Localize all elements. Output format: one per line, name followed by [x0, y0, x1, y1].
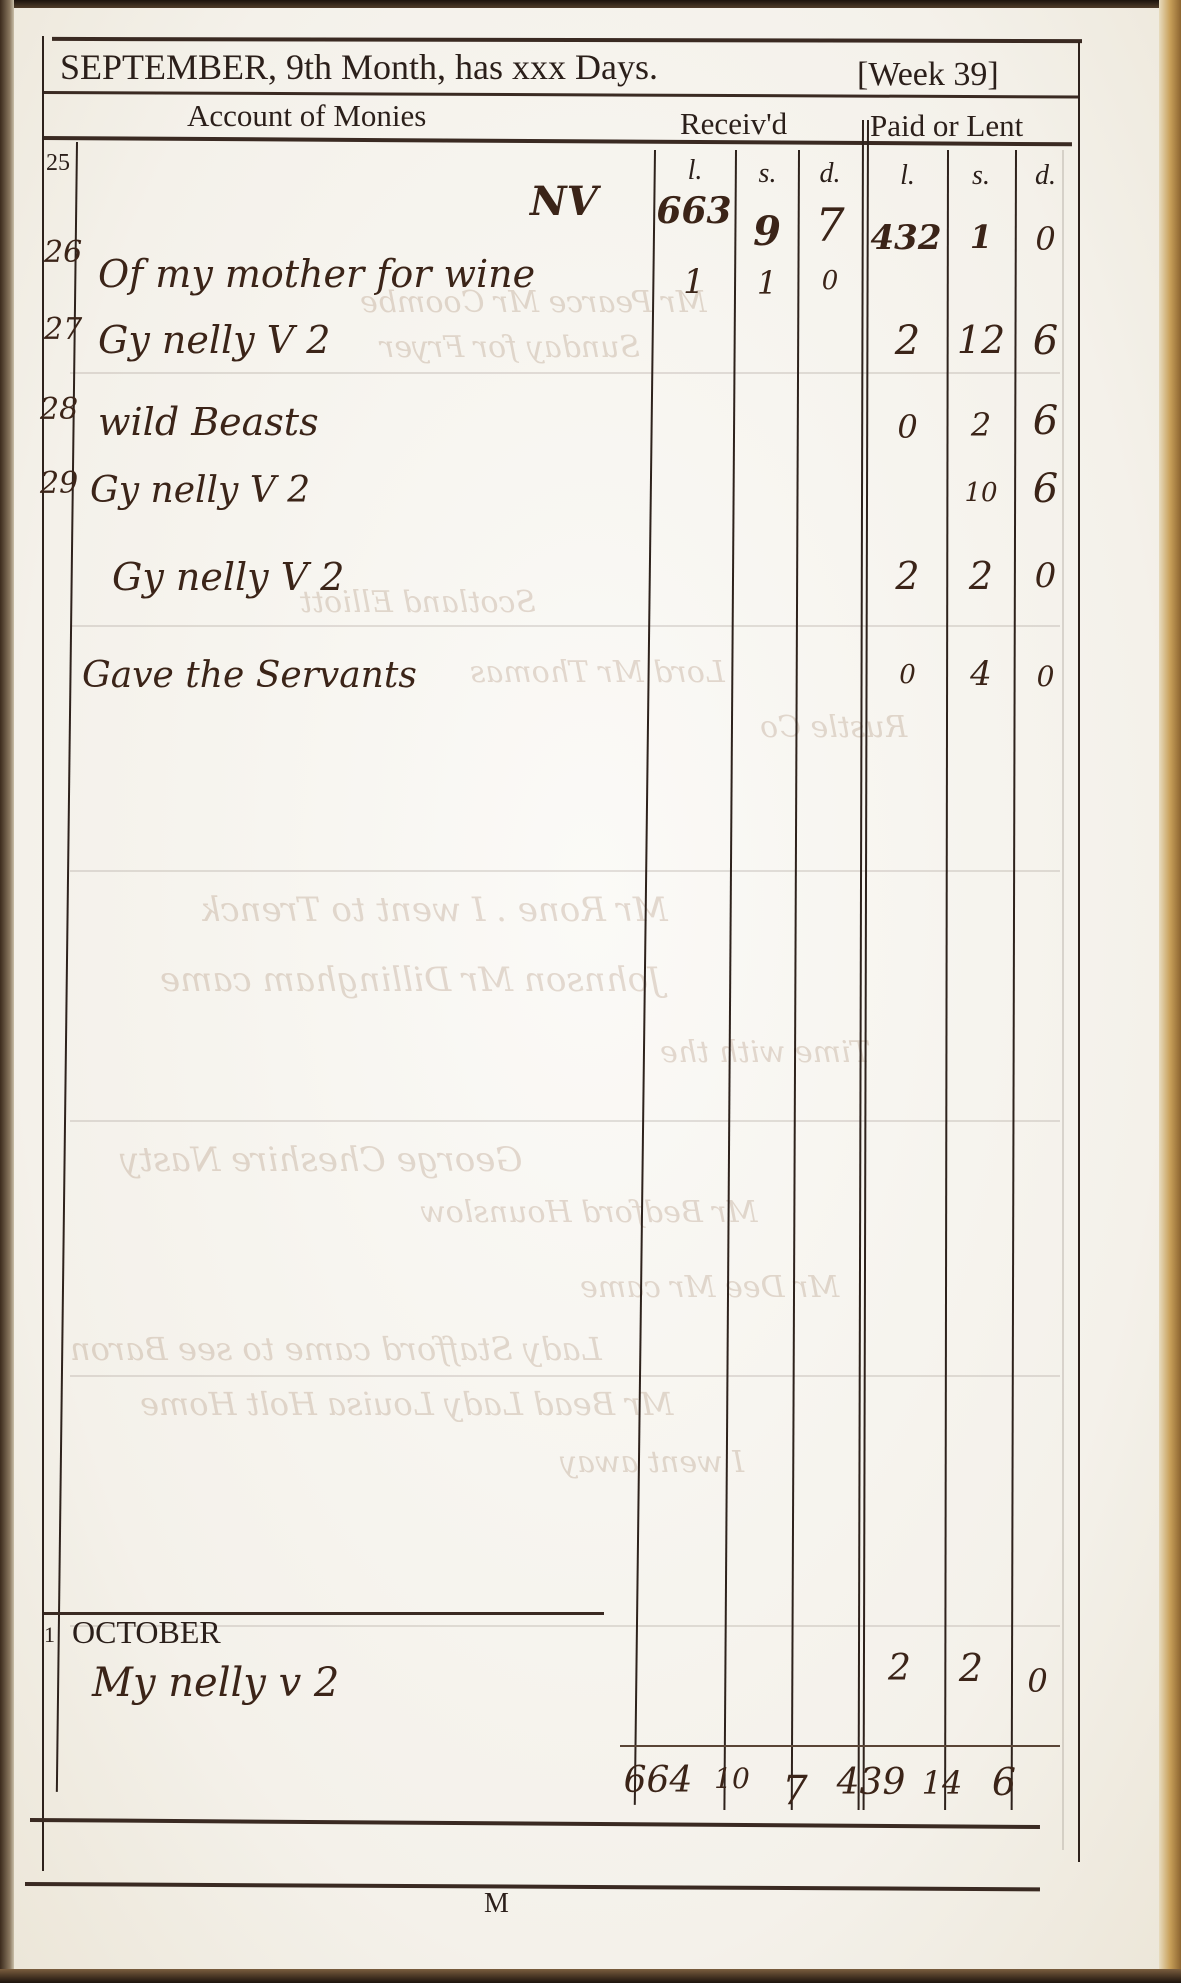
totals-rule — [620, 1745, 1060, 1747]
date-cell: 27 — [44, 312, 82, 347]
paid-pounds-header: l. — [870, 160, 945, 192]
received-shillings: 9 — [738, 208, 796, 255]
received-pounds: 663 — [655, 190, 733, 232]
row-guide — [70, 1375, 1060, 1377]
october-heading: OCTOBER — [72, 1614, 221, 1651]
carried-forward-label: NV — [530, 178, 598, 225]
date-cell: 28 — [40, 392, 78, 427]
total-received-shillings: 10 — [702, 1762, 762, 1795]
total-paid-shillings: 14 — [912, 1764, 972, 1802]
bleed-text: Mr Dee Mr came — [580, 1270, 839, 1305]
row-guide — [70, 625, 1060, 627]
description-cell: Gy nelly V 2 — [112, 555, 344, 599]
binding-edge — [0, 0, 14, 1983]
paid-shillings: 2 — [940, 1646, 1002, 1690]
page-title: SEPTEMBER, 9th Month, has xxx Days. — [60, 46, 658, 88]
description-cell: My nelly v 2 — [92, 1660, 339, 1706]
paid-pence: 0 — [1018, 660, 1073, 693]
paid-pounds: 2 — [862, 1648, 937, 1689]
bleed-text: Time with the — [660, 1035, 871, 1070]
total-paid-pounds: 439 — [830, 1762, 912, 1803]
description-cell: Gave the Servants — [82, 655, 417, 696]
paid-shillings: 4 — [950, 654, 1012, 694]
paid-or-lent-label: Paid or Lent — [870, 108, 1023, 144]
bleed-text: Mr Bead Lady Louisa Holt Home — [140, 1385, 673, 1423]
bleed-text: George Cheshire Nasty — [120, 1140, 522, 1180]
total-received-pence: 7 — [764, 1768, 826, 1814]
account-of-monies-label: Account of Monies — [187, 98, 426, 134]
bleed-text: Johnson Mr Dillingham came — [160, 960, 662, 1000]
received-shillings-header: s. — [740, 158, 795, 190]
bleed-text: I went away — [560, 1445, 744, 1480]
paid-pounds: 2 — [870, 318, 945, 364]
signature-mark: M — [484, 1888, 509, 1920]
paid-pence: 0 — [1010, 1662, 1065, 1700]
received-pence-header: d. — [800, 158, 860, 190]
date-cell: 26 — [44, 235, 82, 270]
received-pence: 7 — [800, 198, 860, 252]
paid-shillings-header: s. — [950, 160, 1012, 192]
paid-pence: 6 — [1018, 466, 1073, 512]
paid-pence: 6 — [1018, 398, 1073, 444]
paid-shillings: 1 — [950, 218, 1012, 256]
paid-pence: 0 — [1018, 556, 1073, 596]
date-cell: 25 — [46, 150, 70, 177]
gilt-edge — [1159, 0, 1181, 1983]
row-guide — [70, 1120, 1060, 1122]
description-cell: Gy nelly V 2 — [90, 470, 310, 511]
row-guide — [70, 870, 1060, 872]
row-guide — [70, 372, 1060, 374]
received-pence: 0 — [800, 266, 860, 296]
received-label: Receiv'd — [680, 106, 787, 142]
description-cell: Of my mother for wine — [98, 252, 535, 296]
paid-shillings: 2 — [950, 406, 1012, 444]
page-bottom-edge — [0, 1969, 1181, 1983]
paid-shillings: 12 — [950, 318, 1012, 362]
paid-pounds: 2 — [870, 554, 945, 598]
description-cell: wild Beasts — [98, 400, 319, 444]
week-label: [Week 39] — [857, 56, 999, 94]
paid-pounds: 0 — [870, 660, 945, 690]
paid-shillings: 10 — [950, 478, 1012, 508]
description-cell: Gy nelly V 2 — [98, 318, 330, 362]
paid-shillings: 2 — [950, 554, 1012, 598]
paid-pence: 6 — [1018, 318, 1073, 364]
total-received-pounds: 664 — [616, 1760, 700, 1801]
received-pounds: 1 — [655, 262, 733, 302]
bleed-text: Lord Mr Thomas — [470, 655, 725, 690]
paid-pounds: 0 — [870, 408, 945, 446]
bleed-text: Mr Bedford Hounslow — [420, 1195, 757, 1230]
total-paid-pence: 6 — [976, 1760, 1032, 1804]
right-frame-line — [1078, 42, 1080, 1862]
bleed-text: Sunday for Fryer — [380, 330, 640, 365]
bleed-text: Lady Stafford came to see Baron — [70, 1330, 602, 1368]
bleed-text: Mr Rone . I went to Trenck — [200, 890, 668, 930]
paid-pence: 0 — [1018, 220, 1073, 258]
paid-pence-header: d. — [1018, 160, 1073, 192]
received-pounds-header: l. — [660, 155, 730, 187]
received-shillings: 1 — [738, 264, 796, 302]
october-date-cell: 1 — [44, 1622, 55, 1648]
bleed-text: Rustle Co — [760, 710, 907, 745]
paid-pounds: 432 — [866, 218, 946, 258]
date-cell: 29 — [40, 466, 78, 501]
